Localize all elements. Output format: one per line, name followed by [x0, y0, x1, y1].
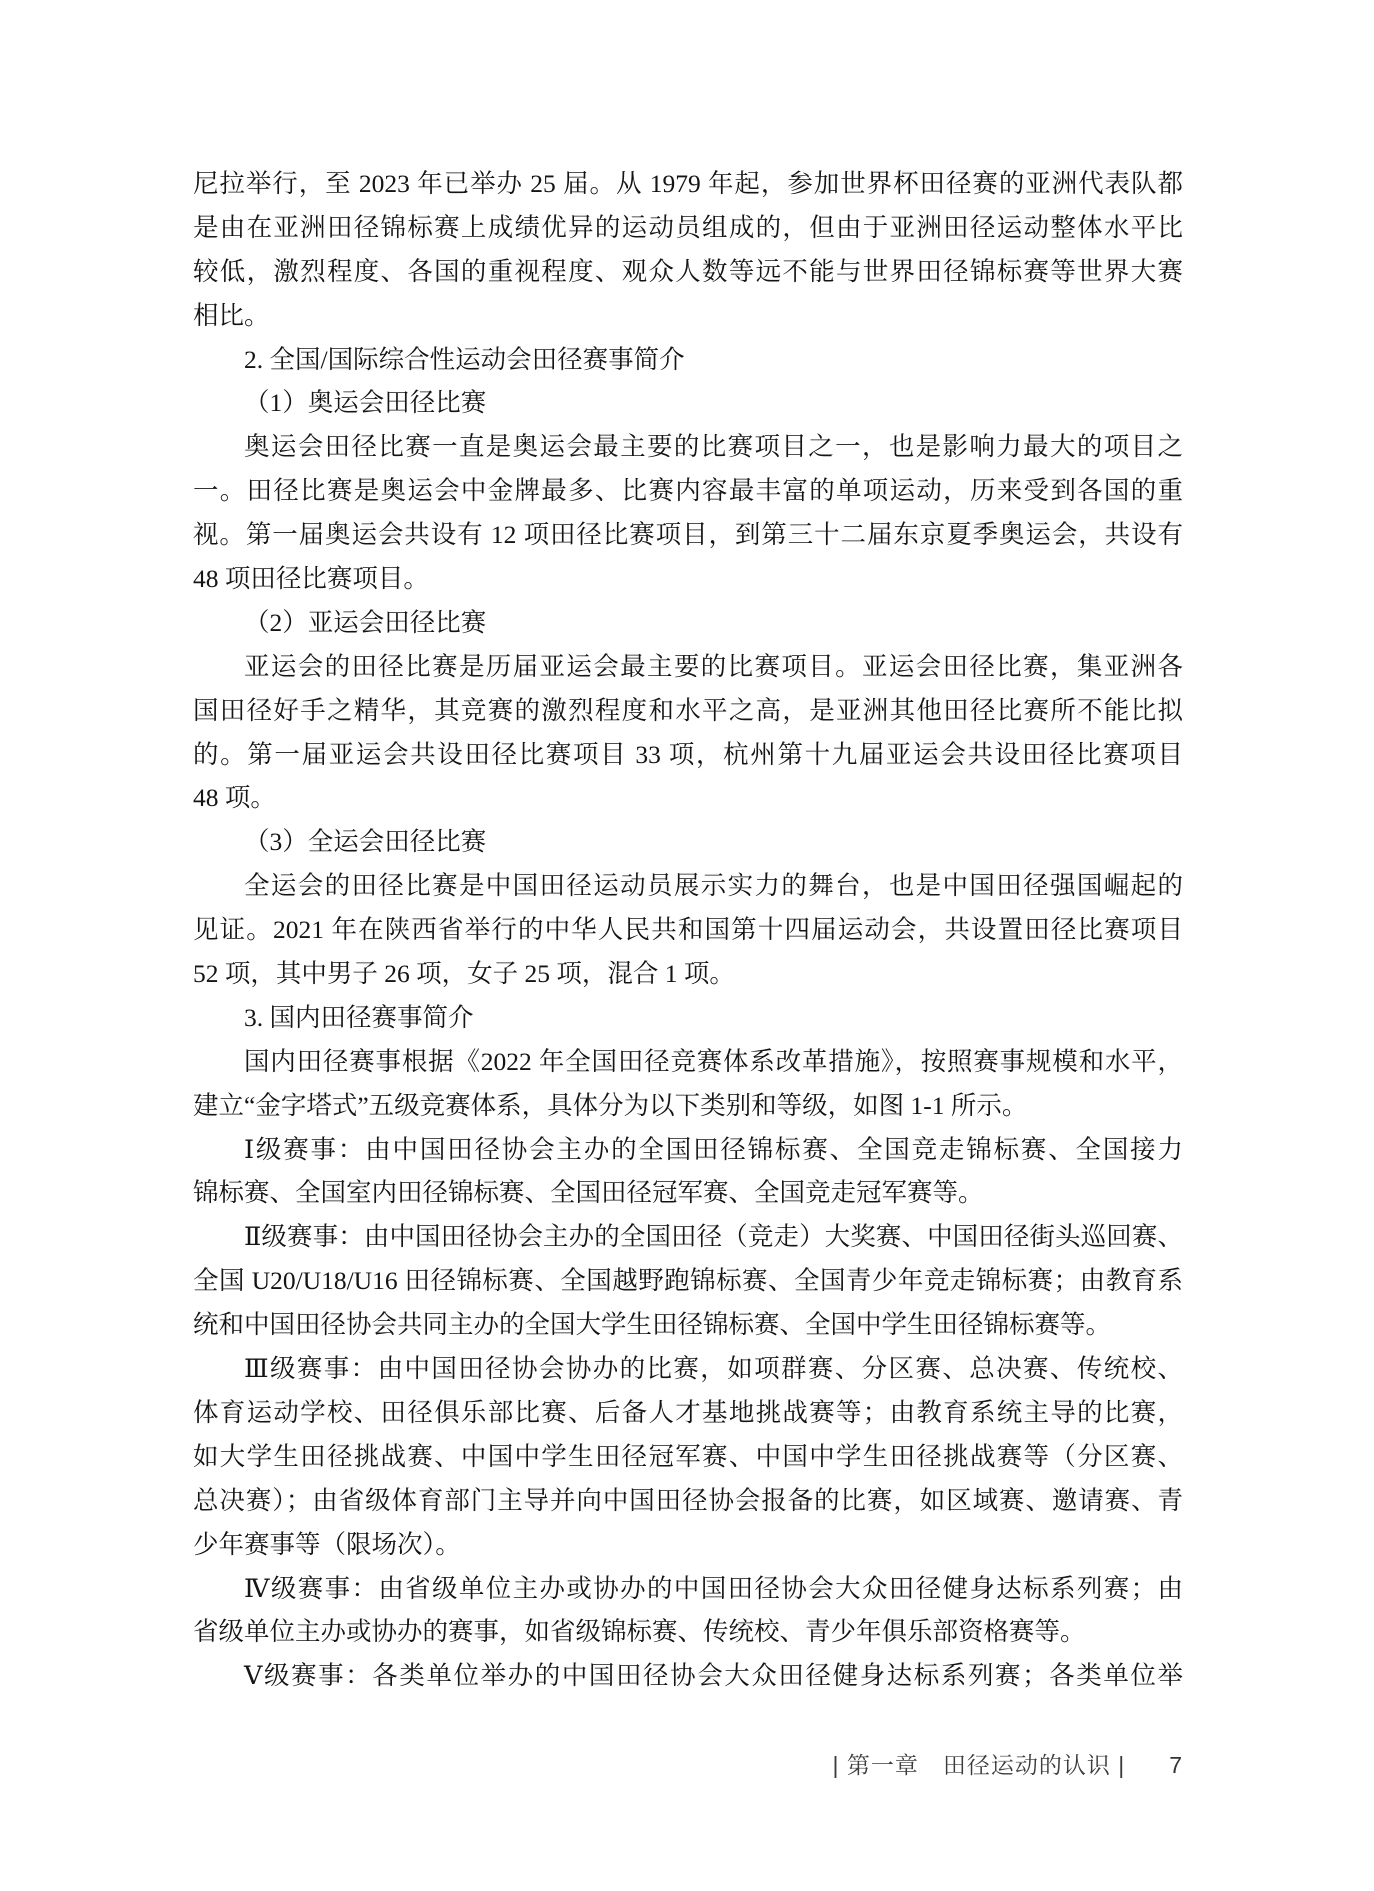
body-text-line: 48 项田径比赛项目。 — [193, 557, 1183, 601]
body-text-line: 统和中国田径协会共同主办的全国大学生田径锦标赛、全国中学生田径锦标赛等。 — [193, 1303, 1183, 1347]
body-text-line: 如大学生田径挑战赛、中国中学生田径冠军赛、中国中学生田径挑战赛等（分区赛、 — [193, 1435, 1183, 1479]
subsection-heading: （2）亚运会田径比赛 — [193, 601, 1183, 645]
body-text-line: 的。第一届亚运会共设田径比赛项目 33 项，杭州第十九届亚运会共设田径比赛项目 — [193, 733, 1183, 777]
document-page: 尼拉举行，至 2023 年已举办 25 届。从 1979 年起，参加世界杯田径赛… — [0, 0, 1374, 1891]
body-text-line: 体育运动学校、田径俱乐部比赛、后备人才基地挑战赛等；由教育系统主导的比赛， — [193, 1391, 1183, 1435]
body-text-line: 一。田径比赛是奥运会中金牌最多、比赛内容最丰富的单项运动，历来受到各国的重 — [193, 469, 1183, 513]
subsection-heading: （1）奥运会田径比赛 — [193, 381, 1183, 425]
body-text-line: 见证。2021 年在陕西省举行的中华人民共和国第十四届运动会，共设置田径比赛项目 — [193, 908, 1183, 952]
subsection-heading: （3）全运会田径比赛 — [193, 820, 1183, 864]
body-text-line: 48 项。 — [193, 776, 1183, 820]
page-number: 7 — [1169, 1747, 1183, 1783]
body-text-line: 亚运会的田径比赛是历届亚运会最主要的比赛项目。亚运会田径比赛，集亚洲各 — [193, 645, 1183, 689]
body-text-line: 锦标赛、全国室内田径锦标赛、全国田径冠军赛、全国竞走冠军赛等。 — [193, 1171, 1183, 1215]
body-text-line: 相比。 — [193, 294, 1183, 338]
page-body-text: 尼拉举行，至 2023 年已举办 25 届。从 1979 年起，参加世界杯田径赛… — [193, 162, 1183, 1698]
body-text-line: 52 项，其中男子 26 项，女子 25 项，混合 1 项。 — [193, 952, 1183, 996]
body-text-line: Ⅱ级赛事：由中国田径协会主办的全国田径（竞走）大奖赛、中国田径街头巡回赛、 — [193, 1215, 1183, 1259]
body-text-line: Ⅲ级赛事：由中国田径协会协办的比赛，如项群赛、分区赛、总决赛、传统校、 — [193, 1347, 1183, 1391]
body-text-line: 是由在亚洲田径锦标赛上成绩优异的运动员组成的，但由于亚洲田径运动整体水平比 — [193, 206, 1183, 250]
body-text-line: 较低，激烈程度、各国的重视程度、观众人数等远不能与世界田径锦标赛等世界大赛 — [193, 250, 1183, 294]
body-text-line: 少年赛事等（限场次）。 — [193, 1523, 1183, 1567]
body-text-line: 总决赛）；由省级体育部门主导并向中国田径协会报备的比赛，如区域赛、邀请赛、青 — [193, 1479, 1183, 1523]
body-text-line: 建立“金字塔式”五级竞赛体系，具体分为以下类别和等级，如图 1-1 所示。 — [193, 1084, 1183, 1128]
body-text-line: Ⅴ级赛事：各类单位举办的中国田径协会大众田径健身达标系列赛；各类单位举 — [193, 1654, 1183, 1698]
body-text-line: 省级单位主办或协办的赛事，如省级锦标赛、传统校、青少年俱乐部资格赛等。 — [193, 1610, 1183, 1654]
chapter-marker: | 第一章 田径运动的认识 | — [832, 1752, 1125, 1778]
body-text-line: 全国 U20/U18/U16 田径锦标赛、全国越野跑锦标赛、全国青少年竞走锦标赛… — [193, 1259, 1183, 1303]
body-text-line: 全运会的田径比赛是中国田径运动员展示实力的舞台，也是中国田径强国崛起的 — [193, 864, 1183, 908]
body-text-line: Ⅳ级赛事：由省级单位主办或协办的中国田径协会大众田径健身达标系列赛；由 — [193, 1567, 1183, 1611]
body-text-line: 国内田径赛事根据《2022 年全国田径竞赛体系改革措施》，按照赛事规模和水平， — [193, 1040, 1183, 1084]
section-heading: 3. 国内田径赛事简介 — [193, 996, 1183, 1040]
section-heading: 2. 全国/国际综合性运动会田径赛事简介 — [193, 338, 1183, 382]
page-footer: | 第一章 田径运动的认识 |7 — [193, 1747, 1183, 1783]
body-text-line: 国田径好手之精华，其竞赛的激烈程度和水平之高，是亚洲其他田径比赛所不能比拟 — [193, 689, 1183, 733]
body-text-line: 视。第一届奥运会共设有 12 项田径比赛项目，到第三十二届东京夏季奥运会，共设有 — [193, 513, 1183, 557]
body-text-line: 奥运会田径比赛一直是奥运会最主要的比赛项目之一，也是影响力最大的项目之 — [193, 425, 1183, 469]
body-text-line: Ⅰ级赛事：由中国田径协会主办的全国田径锦标赛、全国竞走锦标赛、全国接力 — [193, 1128, 1183, 1172]
body-text-line: 尼拉举行，至 2023 年已举办 25 届。从 1979 年起，参加世界杯田径赛… — [193, 162, 1183, 206]
